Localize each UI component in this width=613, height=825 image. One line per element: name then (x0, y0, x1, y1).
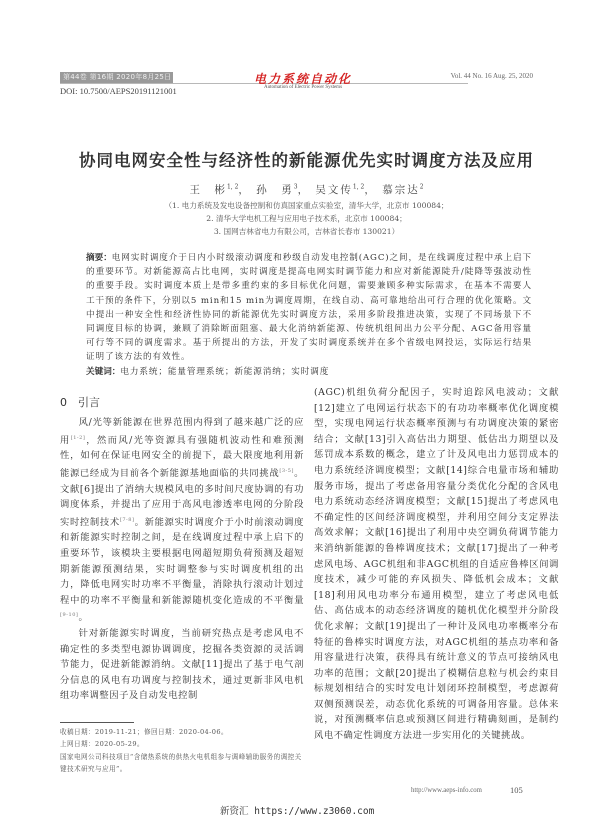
citation-ref[interactable]: [3-5] (279, 468, 294, 474)
body-paragraph: (AGC)机组负荷分配因子，实时追踪风电波动；文献[12]建立了电网运行状态下的… (314, 385, 559, 744)
keywords-label: 关键词： (86, 367, 120, 377)
author-affil-sup: 2 (420, 184, 424, 191)
funding-note: 国家电网公司科技项目“含储热系统的供热火电机组参与调峰辅助服务的调控关键技术研究… (60, 751, 304, 776)
abstract-label: 摘要： (86, 253, 112, 263)
author-separator: ， (298, 184, 311, 196)
received-date: 收稿日期：2019-11-21；修回日期：2020-04-06。 (60, 726, 304, 738)
body-paragraph: 风/光等新能源在世界范围内得到了越来越广泛的应用[1-2]，然而风/光等资源具有… (60, 415, 304, 626)
online-date: 上网日期：2020-05-29。 (60, 738, 304, 750)
author-separator: ， (364, 184, 377, 196)
keywords-text: 电力系统；能量管理系统；新能源消纳；实时调度 (120, 367, 329, 377)
citation-ref[interactable]: [9-10] (60, 612, 78, 618)
author-affil-sup: 1, 2 (353, 184, 364, 191)
page-number: 105 (510, 785, 523, 795)
body-text: 针对新能源实时调度，当前研究热点是考虑风电不确定性的多类型电源协调调度，挖掘各类… (60, 628, 304, 701)
author-list: 王 彬1, 2， 孙 勇3， 吴文传1, 2， 慕宗达2 (0, 182, 613, 197)
footnote-divider (60, 722, 134, 723)
body-paragraph: 针对新能源实时调度，当前研究热点是考虑风电不确定性的多类型电源协调调度，挖掘各类… (60, 626, 304, 704)
section-heading-introduction: 0 引言 (60, 394, 100, 410)
issue-badge: 第44卷 第16期 2020年8月25日 (60, 72, 173, 83)
journal-url-link[interactable]: http://www.aeps-info.com (411, 787, 482, 794)
abstract-text: 电网实时调度介于日内小时级滚动调度和秒级自动发电控制(AGC)之间，是在线调度过… (86, 253, 532, 362)
citation-ref[interactable]: [7-8] (120, 517, 135, 523)
body-text: 。 (78, 613, 88, 624)
body-column-left: 风/光等新能源在世界范围内得到了越来越广泛的应用[1-2]，然而风/光等资源具有… (60, 415, 304, 704)
journal-english-name: Automation of Electric Power Systems (228, 85, 378, 90)
author-affil-sup: 1, 2 (227, 184, 238, 191)
author-name: 吴文传 (315, 184, 353, 196)
body-text: 。新能源实时调度介于小时前滚动调度和新能源实时控制之间，是在线调度过程中承上启下… (60, 517, 304, 606)
body-text: ，然而风/光等资源具有强随机波动性和难预测性，如何在保证电网安全的前提下，最大限… (60, 435, 304, 479)
paper-title: 协同电网安全性与经济性的新能源优先实时调度方法及应用 (0, 147, 613, 171)
watermark-link[interactable]: 新资汇 https://www.z3060.com (220, 803, 374, 817)
author-name: 慕宗达 (382, 184, 420, 196)
volume-info: Vol. 44 No. 16 Aug. 25, 2020 (451, 72, 533, 80)
body-column-right: (AGC)机组负荷分配因子，实时追踪风电波动；文献[12]建立了电网运行状态下的… (314, 385, 559, 744)
doi-link[interactable]: DOI: 10.7500/AEPS20191121001 (60, 86, 177, 96)
affiliation-3: 3. 国网吉林省电力有限公司，吉林省长春市 130021） (0, 226, 613, 237)
affiliation-1: （1. 电力系统及发电设备控制和仿真国家重点实验室，清华大学，北京市 10008… (0, 200, 613, 211)
header-divider-right (375, 83, 468, 84)
author-name: 王 彬 (189, 184, 227, 196)
author-separator: ， (238, 184, 251, 196)
citation-ref[interactable]: [1-2] (71, 435, 86, 441)
keywords: 关键词：电力系统；能量管理系统；新能源消纳；实时调度 (86, 365, 532, 377)
affiliation-2: 2. 清华大学电机工程与应用电子技术系，北京市 100084； (0, 213, 613, 224)
author-name: 孙 勇 (256, 184, 294, 196)
footnote: 收稿日期：2019-11-21；修回日期：2020-04-06。 上网日期：20… (60, 726, 304, 775)
abstract: 摘要：电网实时调度介于日内小时级滚动调度和秒级自动发电控制(AGC)之间，是在线… (86, 251, 532, 365)
